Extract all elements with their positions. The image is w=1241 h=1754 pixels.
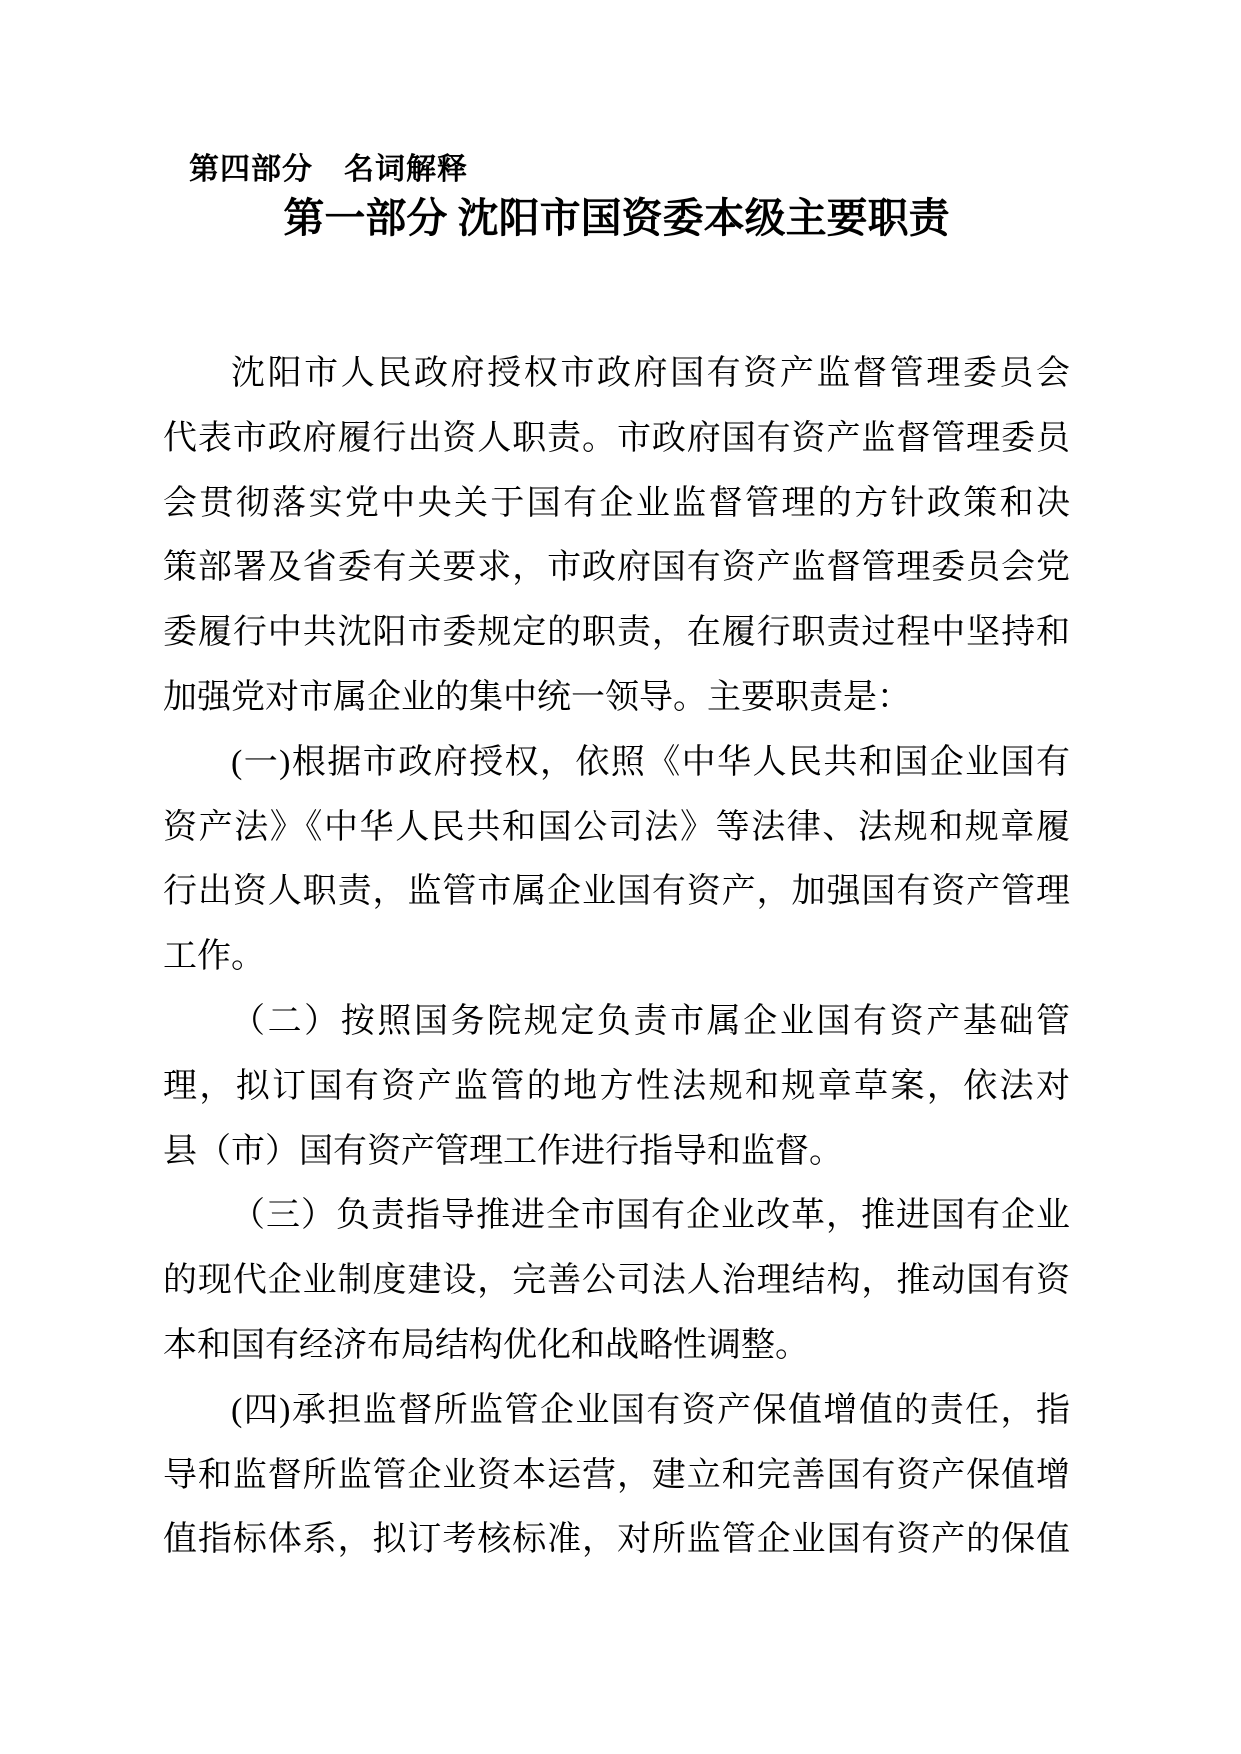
body-line: 本和国有经济布局结构优化和战略性调整。 (163, 1314, 1070, 1379)
body-line: (四)承担监督所监管企业国有资产保值增值的责任，指 (163, 1379, 1070, 1444)
paragraph-1: 沈阳市人民政府授权市政府国有资产监督管理委员会 代表市政府履行出资人职责。市政府… (163, 342, 1070, 731)
body-line: 沈阳市人民政府授权市政府国有资产监督管理委员会 (163, 342, 1070, 407)
body-line: (一)根据市政府授权，依照《中华人民共和国企业国有 (163, 731, 1070, 796)
body-line: 导和监督所监管企业资本运营，建立和完善国有资产保值增 (163, 1444, 1070, 1509)
paragraph-2: (一)根据市政府授权，依照《中华人民共和国企业国有 资产法》《中华人民共和国公司… (163, 731, 1070, 990)
section-heading: 第四部分 名词解释 (189, 150, 468, 190)
document-page: 第四部分 名词解释 第一部分 沈阳市国资委本级主要职责 沈阳市人民政府授权市政府… (0, 0, 1241, 1754)
paragraph-5: (四)承担监督所监管企业国有资产保值增值的责任，指 导和监督所监管企业资本运营，… (163, 1379, 1070, 1573)
body-line: 委履行中共沈阳市委规定的职责，在履行职责过程中坚持和 (163, 601, 1070, 666)
body-line: 会贯彻落实党中央关于国有企业监督管理的方针政策和决 (163, 472, 1070, 537)
body-line: 的现代企业制度建设，完善公司法人治理结构，推动国有资 (163, 1249, 1070, 1314)
body-line: 资产法》《中华人民共和国公司法》等法律、法规和规章履 (163, 796, 1070, 861)
document-title: 第一部分 沈阳市国资委本级主要职责 (163, 192, 1070, 244)
body-line: 值指标体系，拟订考核标准，对所监管企业国有资产的保值 (163, 1508, 1070, 1573)
body-line: 代表市政府履行出资人职责。市政府国有资产监督管理委员 (163, 407, 1070, 472)
body-line: 策部署及省委有关要求，市政府国有资产监督管理委员会党 (163, 536, 1070, 601)
body-line: （三）负责指导推进全市国有企业改革，推进国有企业 (163, 1184, 1070, 1249)
paragraph-4: （三）负责指导推进全市国有企业改革，推进国有企业 的现代企业制度建设，完善公司法… (163, 1184, 1070, 1378)
paragraph-3: （二）按照国务院规定负责市属企业国有资产基础管 理，拟订国有资产监管的地方性法规… (163, 990, 1070, 1184)
body-line: 县（市）国有资产管理工作进行指导和监督。 (163, 1120, 1070, 1185)
body-line: 加强党对市属企业的集中统一领导。主要职责是： (163, 666, 1070, 731)
body-line: 理，拟订国有资产监管的地方性法规和规章草案，依法对区、 (163, 1055, 1070, 1120)
body-line: 行出资人职责，监管市属企业国有资产，加强国有资产管理 (163, 860, 1070, 925)
body-line: 工作。 (163, 925, 1070, 990)
document-body: 沈阳市人民政府授权市政府国有资产监督管理委员会 代表市政府履行出资人职责。市政府… (163, 342, 1070, 1573)
body-line: （二）按照国务院规定负责市属企业国有资产基础管 (163, 990, 1070, 1055)
